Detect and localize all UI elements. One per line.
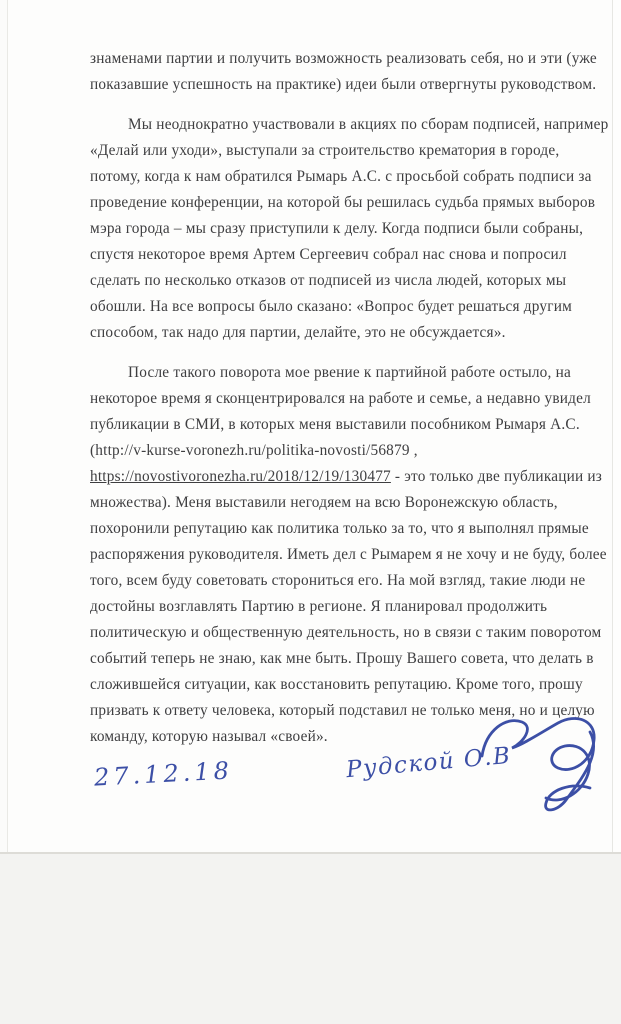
text-line: потому, когда к нам обратился Рымарь А.С…	[90, 164, 590, 190]
text-line: спустя некоторое время Артем Сергеевич с…	[90, 242, 590, 268]
text-line: показавшие успешность на практике) идеи …	[90, 72, 590, 98]
text-line: проведение конференции, на которой бы ре…	[90, 190, 590, 216]
text-line: событий теперь не знаю, как мне быть. Пр…	[90, 646, 590, 672]
paper-edge-left	[7, 0, 8, 852]
text-line: похоронили репутацию как политика только…	[90, 516, 590, 542]
scanned-letter-page: { "page": { "type": "scanned-letter", "c…	[0, 0, 621, 1024]
text-line: Мы неоднократно участвовали в акциях по …	[90, 112, 590, 138]
text-line: сложившейся ситуации, как восстановить р…	[90, 672, 590, 698]
text-line: После такого поворота мое рвение к парти…	[90, 360, 590, 386]
text-line: публикации в СМИ, в которых меня выстави…	[90, 412, 590, 438]
text-line: некоторое время я сконцентрировался на р…	[90, 386, 590, 412]
text-line: мэра города – мы сразу приступили к делу…	[90, 216, 590, 242]
paper-edge-right	[612, 0, 613, 852]
paragraph: знаменами партии и получить возможность …	[90, 46, 590, 98]
text-line: политическую и общественную деятельность…	[90, 620, 590, 646]
text-line: знаменами партии и получить возможность …	[90, 46, 590, 72]
text-line: https://novostivoronezha.ru/2018/12/19/1…	[90, 464, 590, 490]
text-line: способом, так надо для партии, делайте, …	[90, 320, 590, 346]
text-line: достойны возглавлять Партию в регионе. Я…	[90, 594, 590, 620]
scan-edge-strip-right	[613, 0, 621, 852]
handwritten-date: 27.12.18	[93, 756, 233, 791]
text-line: сделать по несколько отказов от подписей…	[90, 268, 590, 294]
paragraph: После такого поворота мое рвение к парти…	[90, 360, 590, 750]
plain-text: - это только две публикации из	[391, 468, 602, 485]
scanner-background	[0, 854, 621, 1024]
text-line: «Делай или уходи», выступали за строител…	[90, 138, 590, 164]
text-line: того, всем буду советовать сторониться е…	[90, 568, 590, 594]
link-text: https://novostivoronezha.ru/2018/12/19/1…	[90, 468, 391, 485]
paper-sheet: знаменами партии и получить возможность …	[0, 0, 621, 852]
text-line: распоряжения руководителя. Иметь дел с Р…	[90, 542, 590, 568]
paragraph: Мы неоднократно участвовали в акциях по …	[90, 112, 590, 346]
text-line: множества). Меня выставили негодяем на в…	[90, 490, 590, 516]
text-line: обошли. На все вопросы было сказано: «Во…	[90, 294, 590, 320]
letter-body: знаменами партии и получить возможность …	[90, 46, 590, 764]
signature-flourish-icon	[478, 710, 610, 816]
scan-edge-strip-left	[0, 0, 7, 852]
text-line: (http://v-kurse-voronezh.ru/politika-nov…	[90, 438, 590, 464]
